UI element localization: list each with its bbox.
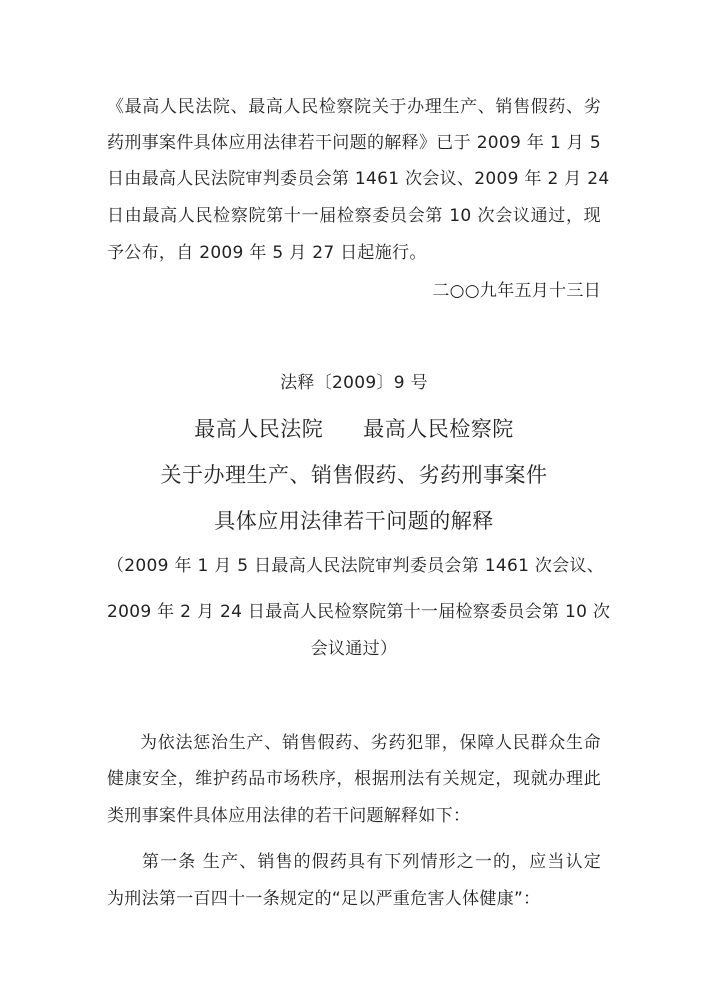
intro-line: 健康安全，维护药品市场秩序，根据刑法有关规定，现就办理此 xyxy=(107,768,601,790)
issuer-court: 最高人民法院 xyxy=(194,417,323,441)
article-1-line: 为刑法第一百四十一条规定的“足以严重危害人体健康”： xyxy=(107,888,601,910)
adoption-note-line: 会议通过） xyxy=(107,638,601,660)
intro-line: 为依法惩治生产、销售假药、劣药犯罪，保障人民群众生命 xyxy=(140,732,601,754)
doc-number: 法释〔2009〕9 号 xyxy=(107,372,601,394)
doc-title-line: 关于办理生产、销售假药、劣药刑事案件 xyxy=(107,462,601,488)
doc-title-line: 具体应用法律若干问题的解释 xyxy=(107,508,601,534)
preamble-date: 二○○九年五月十三日 xyxy=(107,280,601,302)
issuers: 最高人民法院最高人民检察院 xyxy=(107,416,601,442)
preamble-line: 日由最高人民检察院第十一届检察委员会第 10 次会议通过，现 xyxy=(107,205,601,227)
preamble-line: 日由最高人民法院审判委员会第 1461 次会议、2009 年 2 月 24 xyxy=(107,168,601,190)
preamble-line: 《最高人民法院、最高人民检察院关于办理生产、销售假药、劣 xyxy=(107,96,601,118)
intro-line: 类刑事案件具体应用法律的若干问题解释如下： xyxy=(107,805,601,827)
adoption-note-line: （2009 年 1 月 5 日最高人民法院审判委员会第 1461 次会议、 xyxy=(107,555,601,577)
adoption-note-line: 2009 年 2 月 24 日最高人民检察院第十一届检察委员会第 10 次 xyxy=(107,601,601,623)
issuer-procuratorate: 最高人民检察院 xyxy=(363,417,514,441)
preamble-line: 予公布，自 2009 年 5 月 27 日起施行。 xyxy=(107,242,601,264)
preamble-line: 药刑事案件具体应用法律若干问题的解释》已于 2009 年 1 月 5 xyxy=(107,132,601,154)
article-1-line: 第一条 生产、销售的假药具有下列情形之一的，应当认定 xyxy=(142,851,601,873)
